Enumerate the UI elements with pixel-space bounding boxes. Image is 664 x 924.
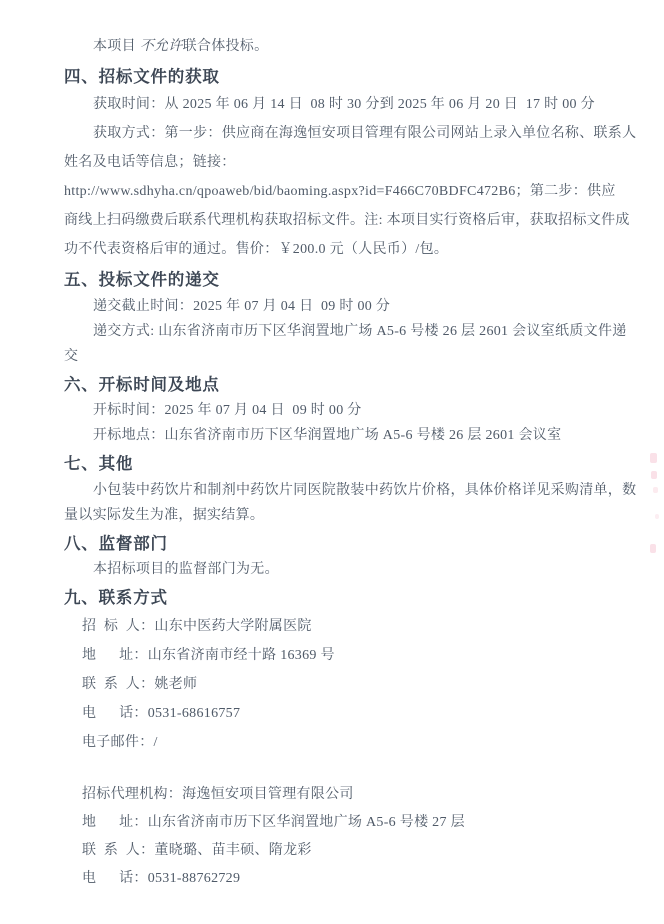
section-opening-heading: 六、开标时间及地点 (64, 372, 624, 399)
tenderer-name-line: 招 标 人：山东中医药大学附属医院 (64, 612, 624, 641)
price-line: 功不代表资格后审的通过。售价：￥200.0 元（人民币）/包。 (64, 235, 624, 264)
agency-contact-person-label: 联 系 人： (82, 843, 154, 858)
obtain-method-line: 商线上扫码缴费后联系代理机构获取招标文件。注: 本项目实行资格后审，获取招标文件… (64, 206, 624, 235)
stamp-artifact (653, 487, 658, 493)
agency-name-line: 招标代理机构：海逸恒安项目管理有限公司 (64, 781, 624, 809)
supervision-line: 本招标项目的监督部门为无。 (64, 557, 624, 582)
tenderer-email-value: / (154, 735, 158, 750)
section-supervision-heading: 八、监督部门 (64, 531, 624, 558)
section-bid-submission: 五、投标文件的递交 递交截止时间：2025 年 07 月 04 日 09 时 0… (64, 267, 624, 369)
other-note-continuation: 量以实际发生为准，据实结算。 (64, 503, 624, 528)
tenderer-email-line: 电子邮件：/ (64, 728, 624, 757)
tenderer-contact-person-value: 姚老师 (154, 677, 197, 692)
obtain-time-line: 获取时间：从 2025 年 06 月 14 日 08 时 30 分到 2025 … (64, 90, 624, 119)
no-consortium-emphasis: 不允许 (140, 39, 183, 54)
tenderer-phone-line: 电 话：0531-68616757 (64, 699, 624, 728)
agency-address-value: 山东省济南市历下区华润置地广场 A5-6 号楼 27 层 (148, 815, 465, 830)
agency-phone-label: 电 话： (82, 871, 148, 886)
tenderer-contact-block: 招 标 人：山东中医药大学附属医院 地 址：山东省济南市经十路 16369 号 … (64, 612, 624, 757)
opening-place-line: 开标地点：山东省济南市历下区华润置地广场 A5-6 号楼 26 层 2601 会… (64, 423, 624, 448)
stamp-artifact (650, 544, 656, 553)
agency-phone-value: 0531-88762729 (148, 871, 241, 886)
stamp-artifact (655, 514, 659, 519)
section-other: 七、其他 小包装中药饮片和制剂中药饮片同医院散装中药饮片价格，具体价格详见采购清… (64, 451, 624, 528)
tenderer-phone-label: 电 话： (82, 706, 148, 721)
tenderer-name-value: 山东中医药大学附属医院 (154, 619, 311, 634)
tenderer-contact-person-label: 联 系 人： (82, 677, 154, 692)
section-obtain-heading: 四、招标文件的获取 (64, 64, 624, 91)
tenderer-email-label: 电子邮件： (82, 735, 154, 750)
opening-time-line: 开标时间：2025 年 07 月 04 日 09 时 00 分 (64, 398, 624, 423)
no-consortium-note: 本项目 不允许联合体投标。 (64, 34, 624, 61)
obtain-method-line: 姓名及电话等信息；链接： (64, 148, 624, 177)
agency-contact-block: 招标代理机构：海逸恒安项目管理有限公司 地 址：山东省济南市历下区华润置地广场 … (64, 781, 624, 893)
section-bid-opening: 六、开标时间及地点 开标时间：2025 年 07 月 04 日 09 时 00 … (64, 372, 624, 449)
tender-notice-page: 本项目 不允许联合体投标。 四、招标文件的获取 获取时间：从 2025 年 06… (0, 0, 664, 924)
tenderer-contact-person-line: 联 系 人：姚老师 (64, 670, 624, 699)
submit-deadline-line: 递交截止时间：2025 年 07 月 04 日 09 时 00 分 (64, 294, 624, 319)
section-contact-heading: 九、联系方式 (64, 585, 624, 612)
agency-address-line: 地 址：山东省济南市历下区华润置地广场 A5-6 号楼 27 层 (64, 809, 624, 837)
stamp-artifact (650, 453, 657, 463)
agency-address-label: 地 址： (82, 815, 148, 830)
registration-url-line: http://www.sdhyha.cn/qpoaweb/bid/baoming… (64, 177, 624, 206)
tenderer-address-value: 山东省济南市经十路 16369 号 (148, 648, 335, 663)
submit-method-line: 递交方式: 山东省济南市历下区华润置地广场 A5-6 号楼 26 层 2601 … (64, 319, 624, 344)
section-other-heading: 七、其他 (64, 451, 624, 478)
no-consortium-prefix: 本项目 (93, 39, 140, 54)
other-note-line: 小包装中药饮片和制剂中药饮片同医院散装中药饮片价格，具体价格详见采购清单，数 (64, 478, 624, 503)
agency-name-value: 海逸恒安项目管理有限公司 (182, 787, 354, 802)
no-consortium-suffix: 联合体投标。 (183, 39, 269, 54)
agency-name-label: 招标代理机构： (82, 787, 182, 802)
section-contact: 九、联系方式 招 标 人：山东中医药大学附属医院 地 址：山东省济南市经十路 1… (64, 585, 624, 893)
stamp-artifact (651, 471, 657, 479)
tenderer-address-line: 地 址：山东省济南市经十路 16369 号 (64, 641, 624, 670)
agency-contact-person-value: 董晓璐、苗丰硕、隋龙彩 (154, 843, 311, 858)
agency-contact-person-line: 联 系 人：董晓璐、苗丰硕、隋龙彩 (64, 837, 624, 865)
agency-phone-line: 电 话：0531-88762729 (64, 865, 624, 893)
section-submit-heading: 五、投标文件的递交 (64, 267, 624, 294)
obtain-method-line: 获取方式：第一步：供应商在海逸恒安项目管理有限公司网站上录入单位名称、联系人 (64, 119, 624, 148)
tenderer-phone-value: 0531-68616757 (148, 706, 241, 721)
section-supervision: 八、监督部门 本招标项目的监督部门为无。 (64, 531, 624, 583)
tenderer-name-label: 招 标 人： (82, 619, 154, 634)
tenderer-address-label: 地 址： (82, 648, 148, 663)
section-obtain-documents: 四、招标文件的获取 获取时间：从 2025 年 06 月 14 日 08 时 3… (64, 64, 624, 265)
submit-method-continuation: 交 (64, 344, 624, 369)
